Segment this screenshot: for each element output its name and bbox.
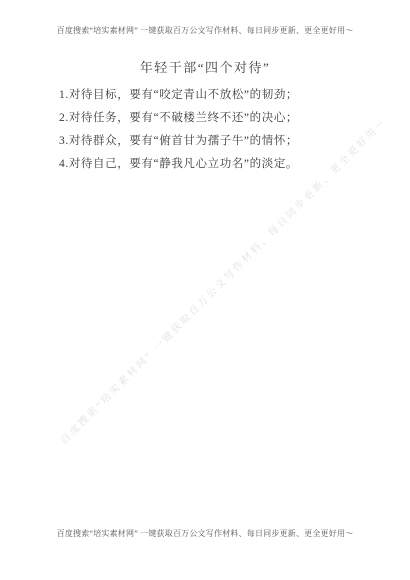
body-line-2: 2.对待任务，要有“不破楼兰终不还”的决心； — [59, 107, 380, 130]
header-promo-text: 百度搜索“培实素材网” 一键获取百万公文写作材料、每日同步更新、更全更好用～ — [0, 25, 410, 36]
body-line-4: 4.对待自己，要有“静我凡心立功名”的淡定。 — [59, 153, 380, 176]
body-line-3: 3.对待群众，要有“俯首甘为孺子牛”的情怀； — [59, 130, 380, 153]
document-body: 1.对待目标，要有“咬定青山不放松”的韧劲； 2.对待任务，要有“不破楼兰终不还… — [59, 84, 380, 176]
page-title: 年轻干部“四个对待” — [0, 57, 410, 76]
document-page: 百度搜索“培实素材网” 一键获取百万公文写作材料、每日同步更新、更全更好用～ 百… — [0, 0, 410, 580]
footer-promo-text: 百度搜索“培实素材网” 一键获取百万公文写作材料、每日同步更新、更全更好用～ — [0, 528, 410, 539]
body-line-1: 1.对待目标，要有“咬定青山不放松”的韧劲； — [59, 84, 380, 107]
